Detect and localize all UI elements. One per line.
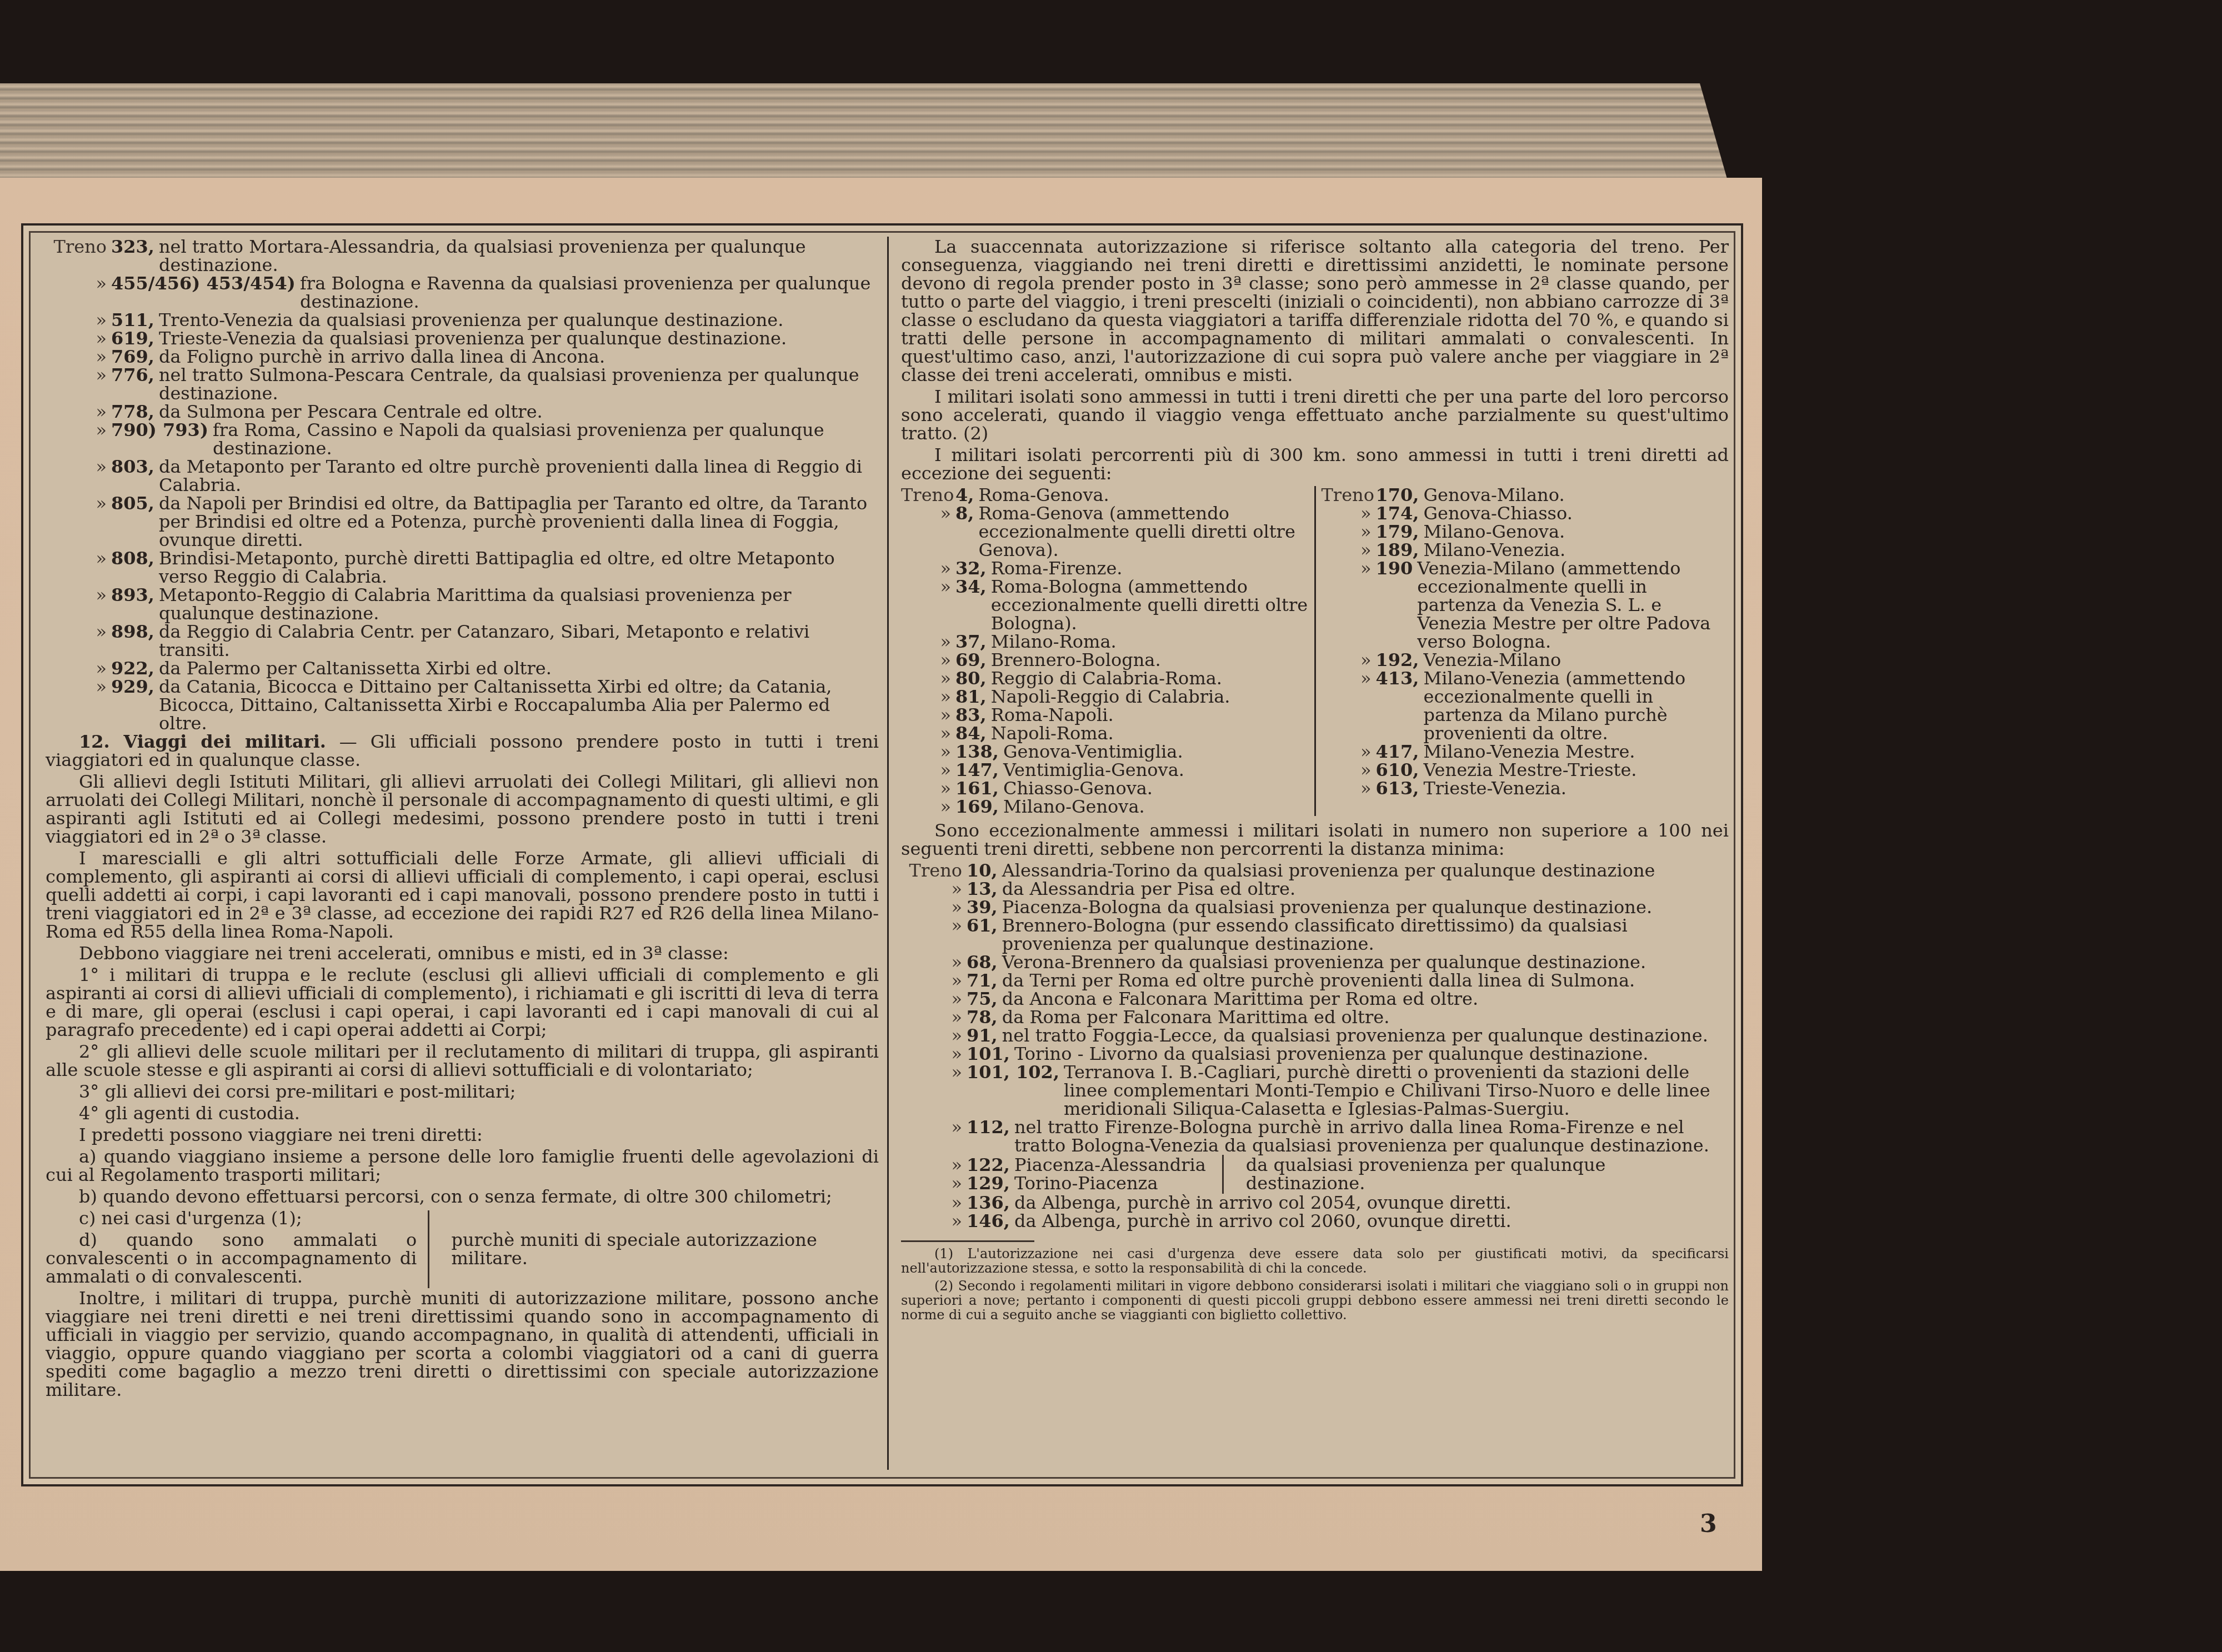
train-label: » [46, 329, 111, 348]
train-description: Piacenza-Alessandria [1014, 1156, 1211, 1174]
list-item: 4° gli agenti di custodia. [46, 1104, 879, 1123]
train-description: Trieste-Venezia da qualsiasi provenienza… [159, 329, 879, 348]
train-number: 893, [111, 586, 159, 623]
train-entry: »136,da Albenga, purchè in arrivo col 20… [901, 1194, 1729, 1212]
train-number: 32, [955, 559, 991, 578]
train-entry: »413,Milano-Venezia (ammettendo eccezion… [1322, 669, 1729, 743]
train-description: Ventimiglia-Genova. [1003, 761, 1309, 779]
train-label: » [46, 274, 111, 311]
train-description: Roma-Firenze. [991, 559, 1309, 578]
train-number: 78, [967, 1008, 1002, 1027]
train-label: » [901, 917, 967, 953]
train-label: » [1322, 559, 1376, 651]
train-description: Roma-Napoli. [991, 706, 1309, 724]
train-entry: »613,Trieste-Venezia. [1322, 779, 1729, 798]
train-description: nel tratto Sulmona-Pescara Centrale, da … [159, 366, 879, 403]
paragraph: Inoltre, i militari di truppa, purchè mu… [46, 1289, 879, 1399]
footnote: (2) Secondo i regolamenti militari in vi… [901, 1279, 1729, 1322]
train-description: Roma-Genova. [978, 486, 1308, 504]
train-description: Milano-Roma. [991, 633, 1309, 651]
brace [428, 1210, 440, 1288]
bracket-note: purchè muniti di speciale autorizzazione… [451, 1231, 879, 1268]
train-label: » [901, 633, 955, 651]
train-label: » [901, 706, 955, 724]
train-entry: Treno10,Alessandria-Torino da qualsiasi … [901, 862, 1729, 880]
column-divider [887, 237, 889, 1470]
train-number: 4, [955, 486, 978, 504]
train-entry: »778,da Sulmona per Pescara Centrale ed … [46, 403, 879, 421]
train-description: da Reggio di Calabria Centr. per Catanza… [159, 623, 879, 659]
train-description: Piacenza-Bologna da qualsiasi provenienz… [1002, 898, 1729, 917]
train-number: 101, [967, 1045, 1014, 1063]
train-number: 161, [955, 779, 1003, 798]
train-label: » [46, 659, 111, 678]
train-label: » [901, 990, 967, 1008]
case-item: b) quando devono effettuarsi percorsi, c… [46, 1188, 879, 1206]
train-number: 619, [111, 329, 159, 348]
train-number: 138, [955, 743, 1003, 761]
train-number: 769, [111, 348, 159, 366]
train-description: da Albenga, purchè in arrivo col 2060, o… [1014, 1212, 1729, 1230]
train-entry: »790) 793)fra Roma, Cassino e Napoli da … [46, 421, 879, 458]
case-item: c) nei casi d'urgenza (1); [46, 1209, 417, 1228]
train-entry: »893,Metaponto-Reggio di Calabria Maritt… [46, 586, 879, 623]
train-label: Treno [901, 486, 955, 504]
train-number: 170, [1376, 486, 1424, 504]
train-number: 803, [111, 458, 159, 494]
train-description: Genova-Chiasso. [1423, 504, 1729, 523]
paragraph: I militari isolati percorrenti più di 30… [901, 446, 1729, 483]
train-number: 91, [967, 1027, 1002, 1045]
train-label: » [1322, 523, 1376, 541]
train-number: 929, [111, 678, 159, 733]
train-entry: »776,nel tratto Sulmona-Pescara Centrale… [46, 366, 879, 403]
train-label: » [901, 578, 955, 633]
train-entry: »61,Brennero-Bologna (pur essendo classi… [901, 917, 1729, 953]
train-entry: »174,Genova-Chiasso. [1322, 504, 1729, 523]
train-label: » [1322, 504, 1376, 523]
train-label: » [46, 458, 111, 494]
train-entry: »101,Torino - Livorno da qualsiasi prove… [901, 1045, 1729, 1063]
paragraph: I predetti possono viaggiare nei treni d… [46, 1126, 879, 1144]
page-number: 3 [1700, 1510, 1717, 1538]
train-number: 84, [955, 724, 991, 743]
train-number: 34, [955, 578, 991, 633]
train-number: 146, [967, 1212, 1014, 1230]
train-description: da Terni per Roma ed oltre purchè proven… [1002, 972, 1729, 990]
train-entry: »147,Ventimiglia-Genova. [901, 761, 1309, 779]
train-number: 112, [967, 1118, 1014, 1155]
train-label: » [901, 724, 955, 743]
train-label: » [1322, 669, 1376, 743]
train-number: 189, [1376, 541, 1424, 559]
train-number: 81, [955, 688, 991, 706]
exceptions-table: Treno4,Roma-Genova.»8,Roma-Genova (ammet… [901, 486, 1729, 816]
footnote-rule [901, 1240, 1034, 1242]
train-number: 80, [955, 669, 991, 688]
train-entry: »81,Napoli-Reggio di Calabria. [901, 688, 1309, 706]
train-label: » [901, 972, 967, 990]
train-description: da Roma per Falconara Marittima ed oltre… [1002, 1008, 1729, 1027]
train-number: 511, [111, 311, 159, 329]
page-frame: Treno323,nel tratto Mortara-Alessandria,… [21, 223, 1743, 1486]
train-entry: »619,Trieste-Venezia da qualsiasi proven… [46, 329, 879, 348]
train-number: 192, [1376, 651, 1424, 669]
train-label: » [1322, 779, 1376, 798]
train-description: fra Roma, Cassino e Napoli da qualsiasi … [213, 421, 879, 458]
train-label: Treno [1322, 486, 1376, 504]
train-description: Brennero-Bologna. [991, 651, 1309, 669]
case-item: a) quando viaggiano insieme a persone de… [46, 1148, 879, 1184]
train-number: 776, [111, 366, 159, 403]
train-number: 13, [967, 880, 1002, 898]
train-description: Napoli-Roma. [991, 724, 1309, 743]
train-label: » [901, 898, 967, 917]
train-entry: »805,da Napoli per Brindisi ed oltre, da… [46, 494, 879, 549]
train-label: » [901, 669, 955, 688]
train-number: 83, [955, 706, 991, 724]
book-page: Treno323,nel tratto Mortara-Alessandria,… [0, 178, 1762, 1571]
train-description: Reggio di Calabria-Roma. [991, 669, 1309, 688]
train-entry: »129,Torino-Piacenza [901, 1174, 1211, 1193]
train-description: da Palermo per Caltanissetta Xirbi ed ol… [159, 659, 879, 678]
section-12-intro: 12. Viaggi dei militari. — Gli ufficiali… [46, 733, 879, 769]
train-entry: »32,Roma-Firenze. [901, 559, 1309, 578]
train-description: Verona-Brennero da qualsiasi provenienza… [1002, 953, 1729, 972]
train-label: » [46, 678, 111, 733]
train-description: Alessandria-Torino da qualsiasi provenie… [1002, 862, 1729, 880]
train-description: Genova-Ventimiglia. [1003, 743, 1309, 761]
train-entry: »39,Piacenza-Bologna da qualsiasi proven… [901, 898, 1729, 917]
train-number: 790) 793) [111, 421, 213, 458]
train-label: » [901, 504, 955, 559]
train-label: » [901, 761, 955, 779]
train-entry: »80,Reggio di Calabria-Roma. [901, 669, 1309, 688]
train-number: 190 [1376, 559, 1418, 651]
train-description: da Ancona e Falconara Marittima per Roma… [1002, 990, 1729, 1008]
train-entry: »112,nel tratto Firenze-Bologna purchè i… [901, 1118, 1729, 1155]
train-description: nel tratto Foggia-Lecce, da qualsiasi pr… [1002, 1027, 1729, 1045]
train-description: Terranova I. B.-Cagliari, purchè diretti… [1064, 1063, 1729, 1118]
train-number: 808, [111, 549, 159, 586]
train-entry: »161,Chiasso-Genova. [901, 779, 1309, 798]
train-description: da Sulmona per Pescara Centrale ed oltre… [159, 403, 879, 421]
train-label: » [901, 688, 955, 706]
train-number: 37, [955, 633, 991, 651]
train-entry: Treno4,Roma-Genova. [901, 486, 1309, 504]
train-entry: »169,Milano-Genova. [901, 798, 1309, 816]
train-description: Napoli-Reggio di Calabria. [991, 688, 1309, 706]
train-entry: »146,da Albenga, purchè in arrivo col 20… [901, 1212, 1729, 1230]
train-description: Venezia-Milano [1423, 651, 1729, 669]
train-entry: »610,Venezia Mestre-Trieste. [1322, 761, 1729, 779]
train-label: » [1322, 541, 1376, 559]
train-entry: »37,Milano-Roma. [901, 633, 1309, 651]
train-number: 922, [111, 659, 159, 678]
train-label: » [46, 494, 111, 549]
train-number: 61, [967, 917, 1002, 953]
paragraph: Sono eccezionalmente ammessi i militari … [901, 822, 1729, 858]
train-number: 174, [1376, 504, 1424, 523]
train-description: Brindisi-Metaponto, purchè diretti Batti… [159, 549, 879, 586]
train-number: 778, [111, 403, 159, 421]
train-entry: »929,da Catania, Bicocca e Dittaino per … [46, 678, 879, 733]
train-entry: »71,da Terni per Roma ed oltre purchè pr… [901, 972, 1729, 990]
train-label: Treno [901, 862, 967, 880]
train-number: 122, [967, 1156, 1014, 1174]
paragraph: Gli allievi degli Istituti Militari, gli… [46, 773, 879, 846]
train-label: » [901, 1174, 967, 1193]
train-description: fra Bologna e Ravenna da qualsiasi prove… [300, 274, 879, 311]
train-description: da Foligno purchè in arrivo dalla linea … [159, 348, 879, 366]
bracket-trains-block: »122,Piacenza-Alessandria»129,Torino-Pia… [901, 1155, 1729, 1194]
train-description: Venezia-Milano (ammettendo eccezionalmen… [1417, 559, 1729, 651]
train-label: » [46, 366, 111, 403]
train-description: Milano-Genova. [1423, 523, 1729, 541]
paragraph: Debbono viaggiare nei treni accelerati, … [46, 944, 879, 963]
train-number: 68, [967, 953, 1002, 972]
train-number: 71, [967, 972, 1002, 990]
train-entry: »417,Milano-Venezia Mestre. [1322, 743, 1729, 761]
train-number: 413, [1376, 669, 1424, 743]
train-description: Milano-Genova. [1003, 798, 1309, 816]
paragraph: La suaccennata autorizzazione si riferis… [901, 238, 1729, 384]
train-description: Trieste-Venezia. [1423, 779, 1729, 798]
train-entry: »898,da Reggio di Calabria Centr. per Ca… [46, 623, 879, 659]
train-label: » [901, 1194, 967, 1212]
train-label: » [901, 1045, 967, 1063]
train-entry: »83,Roma-Napoli. [901, 706, 1309, 724]
train-entry: »511,Trento-Venezia da qualsiasi proveni… [46, 311, 879, 329]
train-description: Milano-Venezia. [1423, 541, 1729, 559]
train-label: » [901, 1063, 967, 1118]
train-label: » [1322, 651, 1376, 669]
train-entry: »922,da Palermo per Caltanissetta Xirbi … [46, 659, 879, 678]
train-label: » [901, 880, 967, 898]
train-description: Brennero-Bologna (pur essendo classifica… [1002, 917, 1729, 953]
train-description: da Napoli per Brindisi ed oltre, da Batt… [159, 494, 879, 549]
train-entry: »138,Genova-Ventimiglia. [901, 743, 1309, 761]
train-entry: »8,Roma-Genova (ammettendo eccezionalmen… [901, 504, 1309, 559]
brace [1222, 1155, 1235, 1194]
footnote: (1) L'autorizzazione nei casi d'urgenza … [901, 1246, 1729, 1275]
train-description: Metaponto-Reggio di Calabria Marittima d… [159, 586, 879, 623]
bracket-trains-note: da qualsiasi provenienza per qualunque d… [1246, 1156, 1729, 1193]
train-number: 417, [1376, 743, 1424, 761]
train-description: Torino - Livorno da qualsiasi provenienz… [1014, 1045, 1729, 1063]
paragraph: I militari isolati sono ammessi in tutti… [901, 388, 1729, 443]
train-entry: »84,Napoli-Roma. [901, 724, 1309, 743]
train-number: 323, [111, 238, 159, 274]
train-description: Chiasso-Genova. [1003, 779, 1309, 798]
train-label: » [1322, 761, 1376, 779]
train-number: 69, [955, 651, 991, 669]
train-label: » [1322, 743, 1376, 761]
list-item: 1° i militari di truppa e le reclute (es… [46, 966, 879, 1039]
train-number: 805, [111, 494, 159, 549]
train-entry: »179,Milano-Genova. [1322, 523, 1729, 541]
paragraph: I marescialli e gli altri sottufficiali … [46, 849, 879, 941]
train-label: » [46, 623, 111, 659]
train-description: nel tratto Firenze-Bologna purchè in arr… [1014, 1118, 1729, 1155]
train-entry: »101, 102,Terranova I. B.-Cagliari, purc… [901, 1063, 1729, 1118]
train-entry: »75,da Ancona e Falconara Marittima per … [901, 990, 1729, 1008]
train-entry: »192,Venezia-Milano [1322, 651, 1729, 669]
train-description: Milano-Venezia Mestre. [1423, 743, 1729, 761]
train-entry: Treno170,Genova-Milano. [1322, 486, 1729, 504]
train-number: 613, [1376, 779, 1424, 798]
train-entry: »91,nel tratto Foggia-Lecce, da qualsias… [901, 1027, 1729, 1045]
train-label: » [46, 586, 111, 623]
book-page-edges [0, 83, 1728, 181]
train-label: » [901, 953, 967, 972]
train-entry: »13,da Alessandria per Pisa ed oltre. [901, 880, 1729, 898]
train-label: » [901, 651, 955, 669]
train-description: Milano-Venezia (ammettendo eccezionalmen… [1423, 669, 1729, 743]
train-label: » [46, 311, 111, 329]
train-label: » [901, 1118, 967, 1155]
train-label: » [46, 348, 111, 366]
right-column: La suaccennata autorizzazione si riferis… [901, 238, 1729, 1325]
train-number: 169, [955, 798, 1003, 816]
train-number: 147, [955, 761, 1003, 779]
train-entry: »68,Verona-Brennero da qualsiasi proveni… [901, 953, 1729, 972]
train-number: 898, [111, 623, 159, 659]
train-entry: »34,Roma-Bologna (ammettendo eccezionalm… [901, 578, 1309, 633]
train-description: Roma-Genova (ammettendo eccezionalmente … [978, 504, 1308, 559]
train-description: Trento-Venezia da qualsiasi provenienza … [159, 311, 879, 329]
train-description: da Albenga, purchè in arrivo col 2054, o… [1014, 1194, 1729, 1212]
train-description: Genova-Milano. [1423, 486, 1729, 504]
train-number: 10, [967, 862, 1002, 880]
train-description: Venezia Mestre-Trieste. [1423, 761, 1729, 779]
train-entry: »769,da Foligno purchè in arrivo dalla l… [46, 348, 879, 366]
train-description: Torino-Piacenza [1014, 1174, 1211, 1193]
train-description: Roma-Bologna (ammettendo eccezionalmente… [991, 578, 1309, 633]
train-number: 101, 102, [967, 1063, 1064, 1118]
train-entry: »69,Brennero-Bologna. [901, 651, 1309, 669]
train-entry: »122,Piacenza-Alessandria [901, 1156, 1211, 1174]
train-label: » [901, 1008, 967, 1027]
train-label: » [901, 1212, 967, 1230]
exceptions-left: Treno4,Roma-Genova.»8,Roma-Genova (ammet… [901, 486, 1316, 816]
train-label: Treno [46, 238, 111, 274]
special-train-list: Treno10,Alessandria-Torino da qualsiasi … [901, 862, 1729, 1155]
train-label: » [901, 798, 955, 816]
train-entry: »455/456) 453/454)fra Bologna e Ravenna … [46, 274, 879, 311]
train-entry: »189,Milano-Venezia. [1322, 541, 1729, 559]
exceptions-right: Treno170,Genova-Milano.»174,Genova-Chias… [1316, 486, 1729, 816]
train-list-left: Treno323,nel tratto Mortara-Alessandria,… [46, 238, 879, 733]
case-item: d) quando sono ammalati o convalescenti … [46, 1231, 417, 1286]
train-entry: »190Venezia-Milano (ammettendo ecceziona… [1322, 559, 1729, 651]
train-number: 136, [967, 1194, 1014, 1212]
list-item: 2° gli allievi delle scuole militari per… [46, 1043, 879, 1079]
train-number: 75, [967, 990, 1002, 1008]
left-column: Treno323,nel tratto Mortara-Alessandria,… [46, 238, 879, 1403]
train-entry: »803,da Metaponto per Taranto ed oltre p… [46, 458, 879, 494]
bracket-block: c) nei casi d'urgenza (1); d) quando son… [46, 1209, 879, 1289]
train-label: » [46, 549, 111, 586]
train-entry: »78,da Roma per Falconara Marittima ed o… [901, 1008, 1729, 1027]
train-number: 39, [967, 898, 1002, 917]
train-description: da Metaponto per Taranto ed oltre purchè… [159, 458, 879, 494]
list-item: 3° gli allievi dei corsi pre-militari e … [46, 1083, 879, 1101]
train-entry: Treno323,nel tratto Mortara-Alessandria,… [46, 238, 879, 274]
train-entry: »808,Brindisi-Metaponto, purchè diretti … [46, 549, 879, 586]
train-label: » [901, 1027, 967, 1045]
final-train-list: »136,da Albenga, purchè in arrivo col 20… [901, 1194, 1729, 1230]
train-description: da Catania, Bicocca e Dittaino per Calta… [159, 678, 879, 733]
train-label: » [46, 421, 111, 458]
train-description: da Alessandria per Pisa ed oltre. [1002, 880, 1729, 898]
train-number: 610, [1376, 761, 1424, 779]
train-number: 455/456) 453/454) [111, 274, 300, 311]
train-number: 129, [967, 1174, 1014, 1193]
train-label: » [901, 779, 955, 798]
train-number: 8, [955, 504, 978, 559]
train-label: » [46, 403, 111, 421]
train-number: 179, [1376, 523, 1424, 541]
train-description: nel tratto Mortara-Alessandria, da quals… [159, 238, 879, 274]
train-label: » [901, 559, 955, 578]
train-label: » [901, 1156, 967, 1174]
train-label: » [901, 743, 955, 761]
